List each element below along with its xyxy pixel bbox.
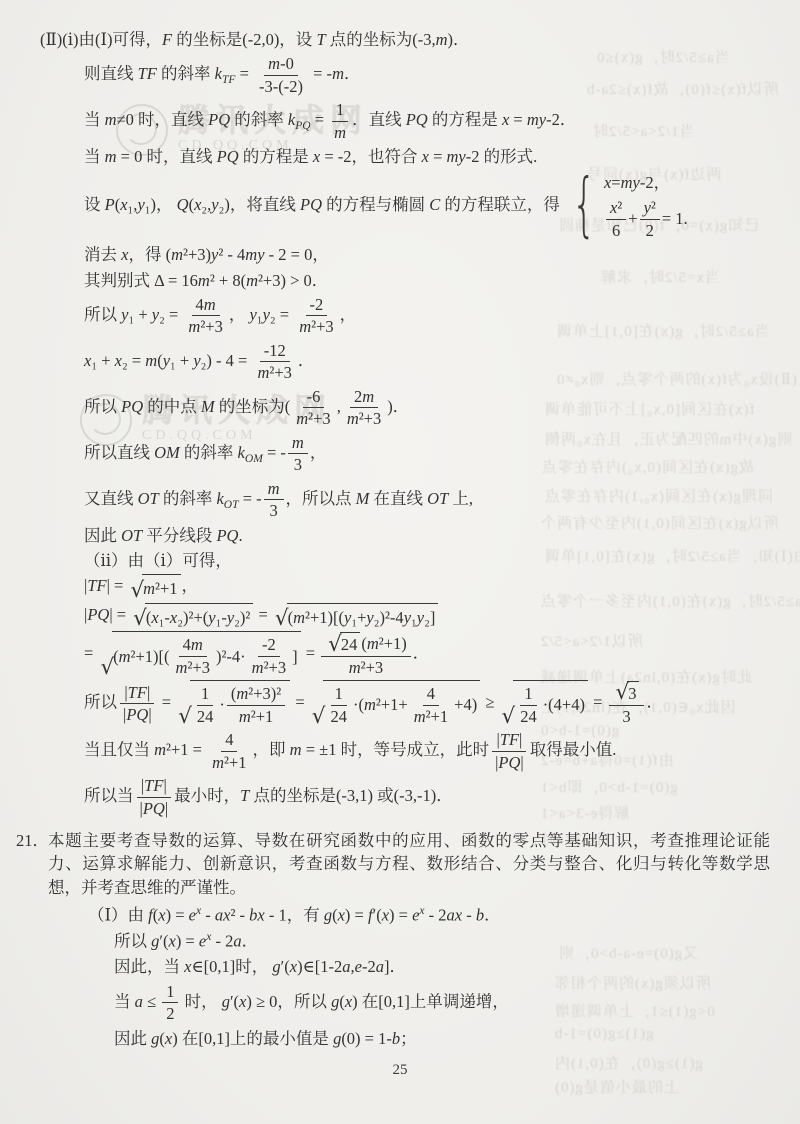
solution-line: x₁ + x₂ = m(y₁ + y₂) - 4 = -12m²+3． bbox=[0, 340, 800, 384]
solution-line: 其判别式 Δ = 16m² + 8(m²+3) > 0． bbox=[0, 269, 800, 292]
solution-line: (Ⅱ)(ⅰ)由(Ⅰ)可得，F 的坐标是(-2,0)，设 T 点的坐标为(-3,m… bbox=[0, 28, 800, 51]
solution-line: 当 m≠0 时，直线 PQ 的斜率 kPQ = 1m．直线 PQ 的方程是 x … bbox=[0, 99, 800, 143]
solution-line: 则直线 TF 的斜率 kTF = m-0-3-(-2) = -m． bbox=[0, 53, 800, 97]
scanned-page: 当a≥5/2时，g(x)≤0所以f(x)≤f(0)，故f(x)≤2a-b当1/2… bbox=[0, 0, 800, 1124]
solution-line: 所以 PQ 的中点 M 的坐标为(-6m²+3,2mm²+3)． bbox=[0, 386, 800, 430]
solution-line: 所以 g′(x) = ex - 2a． bbox=[48, 929, 770, 953]
page-content: (Ⅱ)(ⅰ)由(Ⅰ)可得，F 的坐标是(-2,0)，设 T 点的坐标为(-3,m… bbox=[0, 0, 800, 1081]
solution-line: 所以当|TF||PQ|最小时，T 点的坐标是(-3,1) 或(-3,-1)． bbox=[0, 775, 800, 819]
problem-21-intro: 本题主要考查导数的运算、导数在研究函数中的应用、函数的零点等基础知识，考查推理论… bbox=[48, 829, 770, 899]
solution-line: 又直线 OT 的斜率 kOT = -m3，所以点 M 在直线 OT 上, bbox=[0, 478, 800, 522]
solution-line: （ⅱ）由（ⅰ）可得， bbox=[0, 549, 800, 572]
solution-line: 因此 g(x) 在[0,1]上的最小值是 g(0) = 1-b； bbox=[48, 1027, 770, 1050]
solution-line: 设 P(x₁,y₁)， Q(x₂,y₂)，将直线 PQ 的方程与椭圆 C 的方程… bbox=[0, 171, 800, 241]
solution-line: 消去 x，得 (m²+3)y² - 4my - 2 = 0， bbox=[0, 243, 800, 266]
solution-line: |TF| = √m²+1， bbox=[0, 574, 800, 600]
page-number: 25 bbox=[0, 1060, 800, 1081]
problem-21-number: 21． bbox=[16, 829, 49, 852]
solution-line: 当且仅当 m²+1 = 4m²+1，即 m = ±1 时，等号成立，此时|TF|… bbox=[0, 729, 800, 773]
solution-line: 当 a ≤ 12 时， g′(x) ≥ 0，所以 g(x) 在[0,1]上单调递… bbox=[48, 981, 770, 1025]
solution-line: 所以 y₁ + y₂ = 4mm²+3， y₁y₂ = -2m²+3， bbox=[0, 294, 800, 338]
problem-21: 21． 本题主要考查导数的运算、导数在研究函数中的应用、函数的零点等基础知识，考… bbox=[0, 829, 800, 1050]
solution-line: 所以|TF||PQ| = √124·(m²+3)²m²+1 = √124·(m²… bbox=[0, 680, 800, 727]
solution-line: 当 m = 0 时，直线 PQ 的方程是 x = -2，也符合 x = my-2… bbox=[0, 145, 800, 168]
solution-question20-part2: (Ⅱ)(ⅰ)由(Ⅰ)可得，F 的坐标是(-2,0)，设 T 点的坐标为(-3,m… bbox=[0, 28, 800, 819]
solution-question21: （Ⅰ）由 f(x) = ex - ax² - bx - 1，有 g(x) = f… bbox=[48, 903, 770, 1050]
solution-line: = √(m²+1)[(4mm²+3)²-4·-2m²+3] = √24(m²+1… bbox=[0, 631, 800, 678]
solution-line: |PQ| = √(x₁-x₂)²+(y₁-y₂)² = √(m²+1)[(y₁+… bbox=[0, 603, 800, 629]
solution-line: 因此 OT 平分线段 PQ. bbox=[0, 524, 800, 547]
solution-line: 因此，当 x∈[0,1]时， g′(x)∈[1-2a,e-2a]． bbox=[48, 955, 770, 978]
solution-line: 所以直线 OM 的斜率 kOM = -m3， bbox=[0, 432, 800, 476]
solution-line: （Ⅰ）由 f(x) = ex - ax² - bx - 1，有 g(x) = f… bbox=[48, 903, 770, 927]
